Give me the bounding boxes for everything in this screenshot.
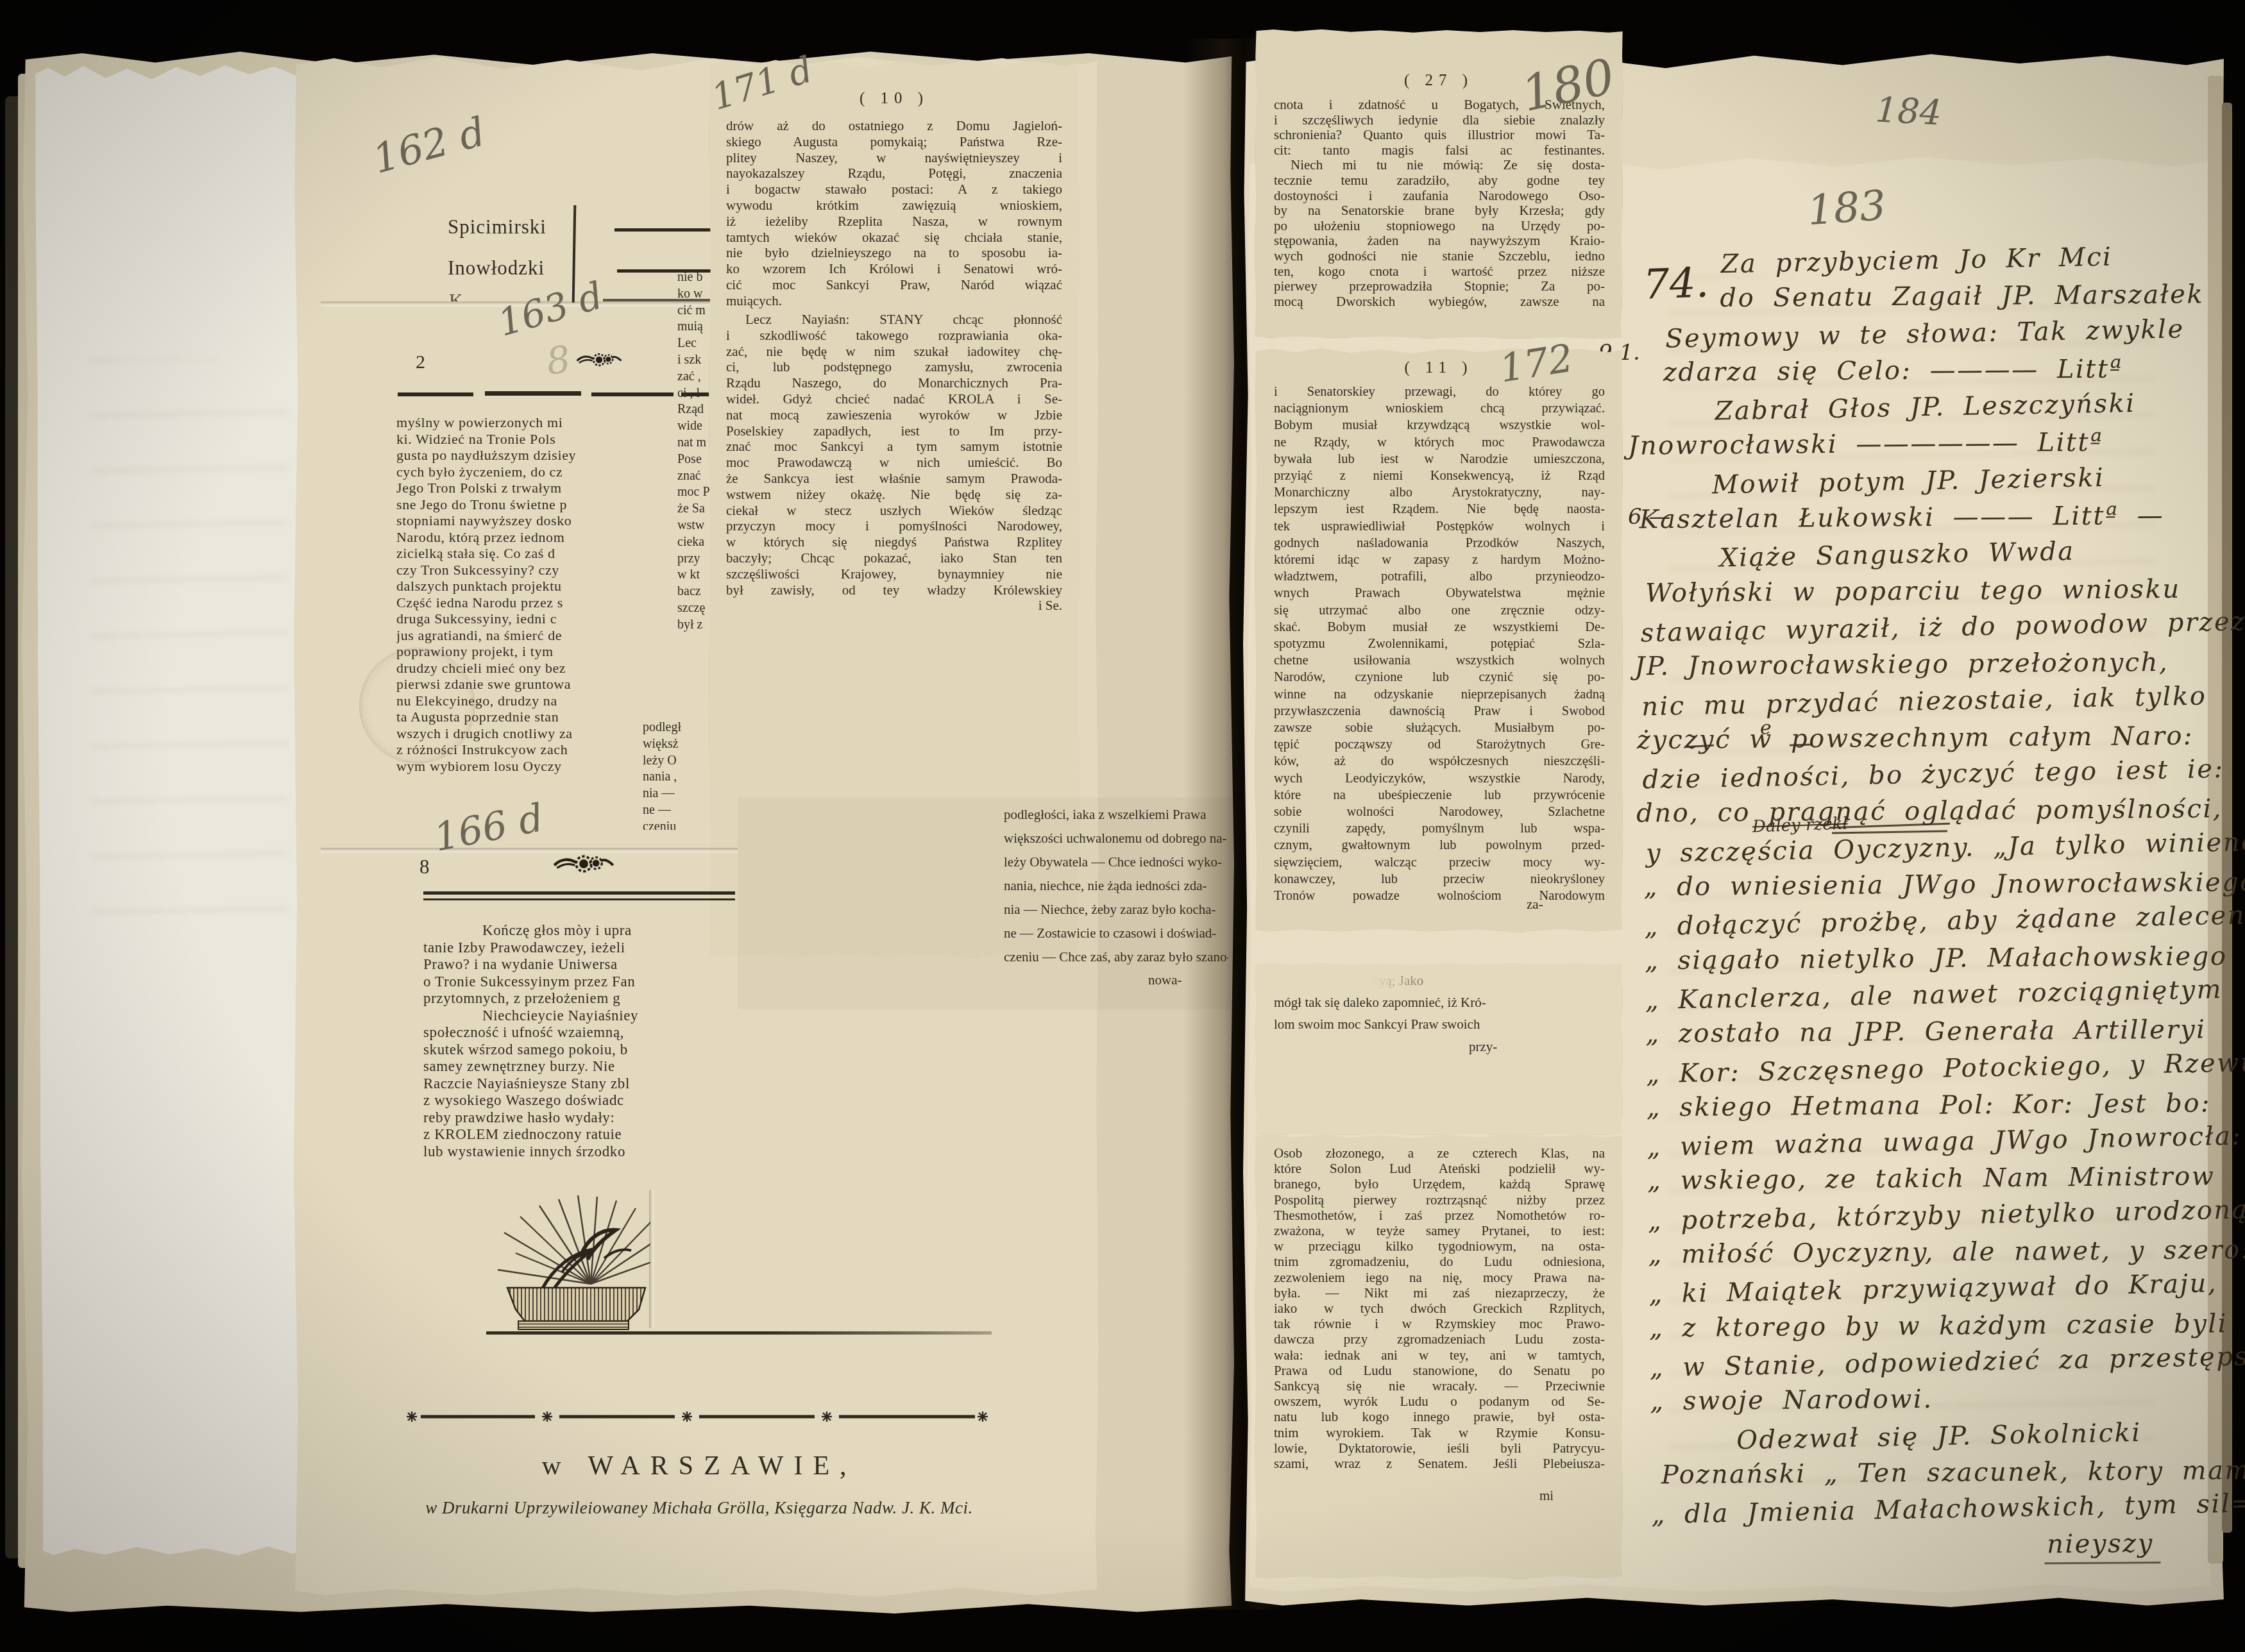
strip-10-header: ( 10 ) xyxy=(709,90,1080,108)
print-line: Sankcyą się nie wracały. — Przeciwnie xyxy=(1274,1378,1605,1394)
print-line: znać xyxy=(677,468,713,485)
double-rule-top xyxy=(423,891,735,895)
print-line: dalszych punktach projektu xyxy=(396,578,677,594)
print-line: lom swoim moc Sankcyi Praw swoich xyxy=(1274,1013,1607,1035)
print-line: Kończę głos mòy i upra xyxy=(423,922,735,940)
print-line: Thesmothetów, i zaś przez Nomothetów ro- xyxy=(1274,1208,1605,1223)
print-line: ne — xyxy=(643,802,715,819)
print-line: przy xyxy=(677,551,713,568)
print-line: tek usprawiedliwiał Postępków wolnych i xyxy=(1274,518,1605,535)
print-line: czy Tron Sukcessyiny? czy xyxy=(396,562,677,578)
print-line: muią xyxy=(677,319,713,335)
cover-sheet-edge xyxy=(649,1190,655,1328)
fleuron-icon xyxy=(576,351,622,368)
print-line: ko w xyxy=(677,286,713,303)
print-line: w kt xyxy=(677,567,713,584)
print-line: druga Sukcessyiny, iedni c xyxy=(396,611,677,627)
print-line: był z xyxy=(677,617,713,634)
print-line: dawcza przy zgromadzeniach Ludu zosta- xyxy=(1274,1331,1605,1347)
print-line: moc Prawodawczą w nich umieścić. Bo xyxy=(726,455,1062,471)
strip-11-catchword: za- xyxy=(1527,897,1543,913)
fragment-konst-catchword: przy- xyxy=(1469,1039,1497,1055)
print-line: lepszym iest Rządem. Nie będę naosta- xyxy=(1274,501,1605,518)
print-line: bacz xyxy=(677,584,713,600)
print-line: jus agratiandi, na śmierć de xyxy=(396,627,677,644)
print-line: wszych i drugich cnotliwy za xyxy=(396,725,677,742)
print-line: podległ xyxy=(643,720,715,736)
print-line: Rząd xyxy=(677,401,713,418)
strip-10-paragraph-2: Lecz Nayiaśn: STANY chcąc płonnośći szko… xyxy=(726,312,1062,614)
print-line: nie b xyxy=(677,269,713,286)
print-line: tępić począwszy od Starożytnych Gre- xyxy=(1274,736,1605,753)
print-line: ciekał w stecz uszłych Wieków śledząc xyxy=(726,503,1062,519)
strip-solon-text: Osob złozonego, a ze czterech Klas, nakt… xyxy=(1274,1145,1605,1471)
print-line: Rządu Naszego, do Monarchicznych Pra- xyxy=(726,375,1062,391)
basket-tailpiece-icon xyxy=(485,1194,650,1330)
print-line: lowie, Dyktatorowie, ieśli byli Patrycyu… xyxy=(1274,1440,1605,1456)
print-line: był zawisły, od tey władzy Królewskiey xyxy=(726,582,1062,598)
print-line: baczyły; Chcąc pokazać, iako Stan ten xyxy=(726,550,1062,566)
print-line: samey zewnętrzney burzy. Nie xyxy=(423,1058,735,1075)
print-line: w których się niegdyś Państwa Rzplitey xyxy=(726,534,1062,550)
print-line: czeniu xyxy=(643,819,715,830)
print-line: Niech mi tu nie mówią: Ze się dosta- xyxy=(1274,158,1605,173)
print-line: wym wybiorem losu Oyczy xyxy=(396,758,677,775)
print-line: społeczność i ufność wzaiemną, xyxy=(423,1024,735,1041)
print-line: Część iedna Narodu przez s xyxy=(396,594,677,611)
manuscript-line: Zabrał Głos JP. Leszczyński xyxy=(1715,384,2204,430)
manuscript-line: „ swoje Narodowi. xyxy=(1650,1379,2215,1420)
print-line: które Solon Lud Ateński podzielił wy- xyxy=(1274,1161,1605,1176)
index-line-partial: K xyxy=(449,290,463,301)
print-line: ten, kogo cnota i wartość przez niższe xyxy=(1274,264,1605,280)
print-line: mocą Dworskich wybiegów, zawsze na xyxy=(1274,294,1605,310)
print-line: ta Augusta poprzednie stan xyxy=(396,709,677,725)
print-line: lub wystawienie innych śrzodko xyxy=(423,1143,735,1161)
print-line: szczę xyxy=(677,600,713,617)
print-line: stopniami naywyższey dosko xyxy=(396,512,677,529)
print-line: godnych naśladowania Przodków Naszych, xyxy=(1274,535,1605,552)
fragment-b2-catchword: nowa- xyxy=(1148,972,1182,988)
manuscript-line: Odezwał się JP. Sokolnicki xyxy=(1736,1413,2217,1459)
print-line: zważona, w teyże samey Prytanei, to iest… xyxy=(1274,1223,1605,1238)
print-line: konawczey, lub przeciw nieokryśloney xyxy=(1274,871,1605,888)
print-line: cznym, gwałtownym lub powolnym przed- xyxy=(1274,837,1605,854)
strip-27-text: cnota i zdatność u Bogatych, Swietnych,i… xyxy=(1274,97,1605,309)
print-line: wstw xyxy=(677,518,713,534)
print-line: wych godności nie stanie Szczeblu, iedno xyxy=(1274,249,1605,264)
print-line: mógł tak się daleko zapomnieć, iż Kró- xyxy=(1274,991,1607,1013)
print-line: szczęśliwości Krajowey, bynaymniey nie xyxy=(726,566,1062,582)
print-line: z wysokiego Waszego doświadc xyxy=(423,1092,735,1109)
print-line: naciągnionym wnioskiem chcą przywiązać. xyxy=(1274,400,1605,417)
dashed-rule-seg xyxy=(485,391,581,396)
print-line: Jego Tron Polski z trwałym xyxy=(396,480,677,496)
manuscript-line: nieyszy xyxy=(2044,1526,2160,1564)
star-rule-separator-icon xyxy=(407,1408,992,1425)
pencil-number-183: 183 xyxy=(1806,182,1888,235)
print-line: ne Rządy, w których moc Prawodawcza xyxy=(1274,434,1605,451)
print-line: nie było dzielnieyszego na to sposobu ia… xyxy=(726,245,1062,261)
print-line: drów aż do ostatniego z Domu Jagieloń- xyxy=(726,118,1062,134)
manuscript-line: Mowił potym JP. Jezierski xyxy=(1711,458,2205,504)
print-line: drudzy chcieli mieć ony bez xyxy=(396,660,677,677)
print-line: które na ubeśpieczenie lub przywrócenie xyxy=(1274,787,1605,804)
print-line: pierwey przeprowadziła Stopnie; Za po- xyxy=(1274,279,1605,294)
fragment-konst-fade xyxy=(1255,966,1466,993)
print-line: wideł. Gdyż chcieć nadać KROLA i Se- xyxy=(726,391,1062,407)
print-line: szami, wraz z Senatem. Jeśli Plebeiusza- xyxy=(1274,1456,1605,1471)
print-line: o Tronie Sukcessyinym przez Fan xyxy=(423,973,735,991)
print-line: i bogactw stawało postaci: A z takiego xyxy=(726,181,1062,198)
manuscript-line: do Senatu Zagaił JP. Marszałek xyxy=(1720,277,2202,317)
print-line: nu Elekcyinego, drudzy na xyxy=(396,693,677,709)
print-line: zać, nie będę w nim szukał iadowitey chę… xyxy=(726,344,1062,360)
print-line: stępowania, żaden na naywyższym Kraio- xyxy=(1274,233,1605,249)
print-line: spotyzmu Zwolennikami, potępiać Szla- xyxy=(1274,636,1605,652)
print-line: tanie Izby Prawodawczey, ieżeli xyxy=(423,940,735,957)
print-line: tak równie i w Rzymskiey moc Prawo- xyxy=(1274,1316,1605,1331)
print-line: w przeciągu kilko tygodniowym, na osta- xyxy=(1274,1238,1605,1254)
print-line: bywała lub iest w Narodzie umieszczona, xyxy=(1274,451,1605,468)
print-line: więksż xyxy=(643,736,715,753)
fragment-b1: podległwięksżleży Onania ,nia —ne —czeni… xyxy=(643,720,715,830)
print-line: chetne usiłowania wszystkich wolnych xyxy=(1274,652,1605,669)
print-line: z różności Instrukcyow zach xyxy=(396,741,677,758)
print-line: skać. Bobym musiał ze wszystkiemi De- xyxy=(1274,619,1605,636)
print-line: iako w tych dwóch Greckich Rzplitych, xyxy=(1274,1301,1605,1316)
print-line: zezwoleniem iego na nię, mocy Prawa na- xyxy=(1274,1270,1605,1285)
strip-solon-catchword: mi xyxy=(1539,1488,1554,1504)
print-line: moc P xyxy=(677,484,713,501)
manuscript-line: Za przybyciem Jo Kr Mci xyxy=(1720,237,2202,283)
print-line: przyiąć z niemi Konsekwencyą, iż Rząd xyxy=(1274,468,1605,484)
print-line: sięwzięciem, walcząc przeciw mocy wy- xyxy=(1274,854,1605,871)
print-line: winne na odzyskanie nieprzepisanych żadn… xyxy=(1274,686,1605,703)
print-line: leży O xyxy=(643,753,715,770)
print-line: i Senatorskiey przewagi, do którey go xyxy=(1274,383,1605,400)
print-line: po ułożeniu stopniowego na Urzędy po- xyxy=(1274,219,1605,234)
print-block-c: Kończę głos mòy i upratanie Izby Prawoda… xyxy=(423,922,735,1166)
print-line: owszem, wyrók Ludu o podanym od Se- xyxy=(1274,1394,1605,1409)
strip-11-text: i Senatorskiey przewagi, do którey gonac… xyxy=(1274,383,1605,904)
print-line: i szk xyxy=(677,352,713,369)
print-line: Pospolitą pierwey roztrząsnąć niżby prze… xyxy=(1274,1192,1605,1208)
print-line: myślny w powierzonych mi xyxy=(396,414,677,431)
print-line: Bobym musiał krzywdzącą wszystkie wol- xyxy=(1274,417,1605,434)
print-line: Lecz Nayiaśn: STANY chcąc płonność xyxy=(726,312,1062,328)
print-line: nat m xyxy=(677,435,713,451)
print-line: gusta po naydłuższym dzisiey xyxy=(396,447,677,464)
print-line: władztwem, potrafili, albo przynieodzo- xyxy=(1274,568,1605,585)
tailpiece-baseline xyxy=(486,1331,992,1335)
print-line: Prawa od Ludu stanowione, do Senatu po xyxy=(1274,1363,1605,1378)
print-block-a: myślny w powierzonych miki. Widzieć na T… xyxy=(396,414,677,777)
print-line: nania , xyxy=(643,769,715,786)
print-line: skiego Augusta pomykaią; Państwa Rze- xyxy=(726,134,1062,150)
print-line: Narodów, czynione lub czynić się po- xyxy=(1274,669,1605,686)
print-line: Lec xyxy=(677,335,713,352)
print-line: pierwsi zdanie swe gruntowa xyxy=(396,676,677,693)
print-line: Niechcieycie Nayiaśniey xyxy=(423,1007,735,1025)
manuscript-text: Za przybyciem Jo Kr Mcido Senatu Zagaił … xyxy=(1624,239,2217,1570)
print-line: branego, było Urzędem, każdą Sprawę xyxy=(1274,1176,1605,1192)
print-line: tnim wyrokiem. Tak w Rzymie Konsu- xyxy=(1274,1425,1605,1440)
print-line: ko wzorem Ich Królowi i Senatowi wró- xyxy=(726,261,1062,277)
print-line: nia — xyxy=(643,786,715,802)
print-line: ci , l xyxy=(677,385,713,402)
print-line: Poselskiey zapadłych, iest to Im przy- xyxy=(726,423,1062,439)
margin-note-6: 6 — xyxy=(1628,504,1670,530)
strip-10-paragraph-1: drów aż do ostatniego z Domu Jagieloń-sk… xyxy=(726,118,1062,309)
print-line: cić m xyxy=(677,303,713,319)
print-line: zicielką stała się. Co zaś d xyxy=(396,545,677,562)
margin-number-74: 74. xyxy=(1643,259,1709,309)
print-line: czynili zapędy, pomyślnym lub wspa- xyxy=(1274,820,1605,837)
print-line: znać moc Sankcyi a tym samym istotnie xyxy=(726,439,1062,455)
imprint-city: w WARSZAWIE, xyxy=(411,1451,988,1481)
print-line: Raczcie Nayiaśnieysze Stany zbl xyxy=(423,1075,735,1093)
left-white-sheet xyxy=(35,63,314,1556)
print-line: muiących. xyxy=(726,293,1062,309)
print-line: z KROLEM ziednoczony ratuie xyxy=(423,1126,735,1143)
dashed-rule-seg xyxy=(398,392,473,396)
print-line: ki. Widzieć na Tronie Pols xyxy=(396,431,677,448)
print-line: była. — Nikt mi zaś niezaprzeczy, że xyxy=(1274,1285,1605,1301)
print-line: Tronów powadze wolnościom Narodowym xyxy=(1274,888,1605,904)
print-line: Narodu, którą przez iednom xyxy=(396,529,677,546)
print-line: poprawiony projekt, i tym xyxy=(396,643,677,660)
sheet-seam xyxy=(321,848,738,854)
print-line: natu lub kogo innego prawie, był osta- xyxy=(1274,1409,1605,1424)
print-line: iż ieżeliby Rzeplita Nasza, w rownym xyxy=(726,214,1062,230)
print-line: nayokazalszey Rządu, Potęgi, znaczenia xyxy=(726,165,1062,181)
print-line: i Se. xyxy=(726,598,1062,614)
print-line: wych Leodyiczyków, wszystkie Narody, xyxy=(1274,770,1605,787)
print-line: sne Jego do Tronu świetne p xyxy=(396,496,677,513)
tailpiece-engraving-clip xyxy=(485,1194,650,1330)
print-line: i szkodliwość takowego rozprawiania oka- xyxy=(726,328,1062,344)
print-line: skutek wśrzod samego pokoiu, b xyxy=(423,1041,735,1059)
print-line: wnych Prawach Obywatelstwa mężnie xyxy=(1274,585,1605,602)
print-line: przywłaszczenia dawnością Praw i Swobod xyxy=(1274,703,1605,720)
print-line: się utrzymać albo one zręcznie odzy- xyxy=(1274,602,1605,619)
fleuron-icon xyxy=(553,853,614,875)
imprint-publisher: w Drukarni Uprzywileiowaney Michała Gröl… xyxy=(359,1498,1039,1518)
print-line: wywodu krótkim zawięzuią wnioskiem, xyxy=(726,198,1062,214)
print-line: przyczyn mocy i pomyślności Narodowey, xyxy=(726,518,1062,534)
index-line-inowlodzki: Inowłodzki xyxy=(448,257,545,280)
pencil-number-184: 184 xyxy=(1874,89,1942,133)
print-line: plitey Naszey, w nayświętnieyszey i xyxy=(726,150,1062,166)
print-line: cieka xyxy=(677,534,713,551)
print-line: wała: iednak ani w tey, ani w tamtych, xyxy=(1274,1347,1605,1363)
print-line: dostoyności i zaufania Narodowego Oso- xyxy=(1274,189,1605,204)
print-line: Osob złozonego, a ze czterech Klas, na xyxy=(1274,1145,1605,1161)
insert-correction-e: e xyxy=(1760,717,1772,739)
print-line: że Sa xyxy=(677,501,713,518)
print-line: wstwem niżey okażę. Nie będę się za- xyxy=(726,487,1062,503)
print-line: reby prawdziwe hasło wydały: xyxy=(423,1109,735,1127)
print-line: schronienia? Quanto quis illustrior mowi… xyxy=(1274,128,1605,143)
print-line: sobie wolności Narodowey, Szlachetne xyxy=(1274,804,1605,820)
print-line: cych było życzeniem, do cz xyxy=(396,464,677,480)
print-line: tecznie temu zaradziło, aby godne tey xyxy=(1274,173,1605,189)
print-line: zawsze sobie służących. Musiałbym po- xyxy=(1274,720,1605,736)
print-line: Prawo? i na wydanie Uniwersa xyxy=(423,956,735,973)
print-line: któremi idąc w zapasy z hardym Możno- xyxy=(1274,552,1605,568)
print-line: cić moc Sankcyi Praw, Naród wiązać xyxy=(726,277,1062,293)
print-line: nat mocą zawieszenia wyroków w Jzbie xyxy=(726,407,1062,423)
archival-book-scan: 162 d Spicimirski Inowłodzki K 163 d 8 2… xyxy=(0,0,2245,1652)
print-line: Monarchiczny albo Arystokratyczny, nay- xyxy=(1274,484,1605,501)
print-line: by na Senatorskie brane były Krzesła; gd… xyxy=(1274,203,1605,219)
print-line: ków, aż do współczesnych nieszczęśli- xyxy=(1274,753,1605,770)
index-line-spicimirski: Spicimirski xyxy=(448,215,546,239)
page-number-2: 2 xyxy=(416,351,425,373)
dashed-rule-seg xyxy=(591,392,673,396)
print-line: cit: tanto magis falsi ac festinantes. xyxy=(1274,143,1605,158)
print-line: zać , xyxy=(677,369,713,385)
double-rule-bottom xyxy=(423,898,735,900)
manuscript-line: Xiąże Sanguszko Wwda xyxy=(1719,531,2206,577)
print-line: tnim zgromadzeniu, do Ludu odniesiona, xyxy=(1274,1254,1605,1269)
print-line: Pose xyxy=(677,451,713,468)
print-line: przytomnych, z przełożeniem g xyxy=(423,990,735,1007)
print-line: tamtych wieków okazać się chciała stanie… xyxy=(726,230,1062,246)
under-sheet-sliver: nie bko wcić mmuiąLeci szkzać ,ci , lRzą… xyxy=(677,269,713,668)
print-line: ci, lub podstępnego zamysłu, zwrocenia xyxy=(726,359,1062,375)
page-number-8: 8 xyxy=(419,855,430,879)
print-line: że Sankcya iest właśnie samym Prawoda- xyxy=(726,471,1062,487)
print-line: wide xyxy=(677,418,713,435)
